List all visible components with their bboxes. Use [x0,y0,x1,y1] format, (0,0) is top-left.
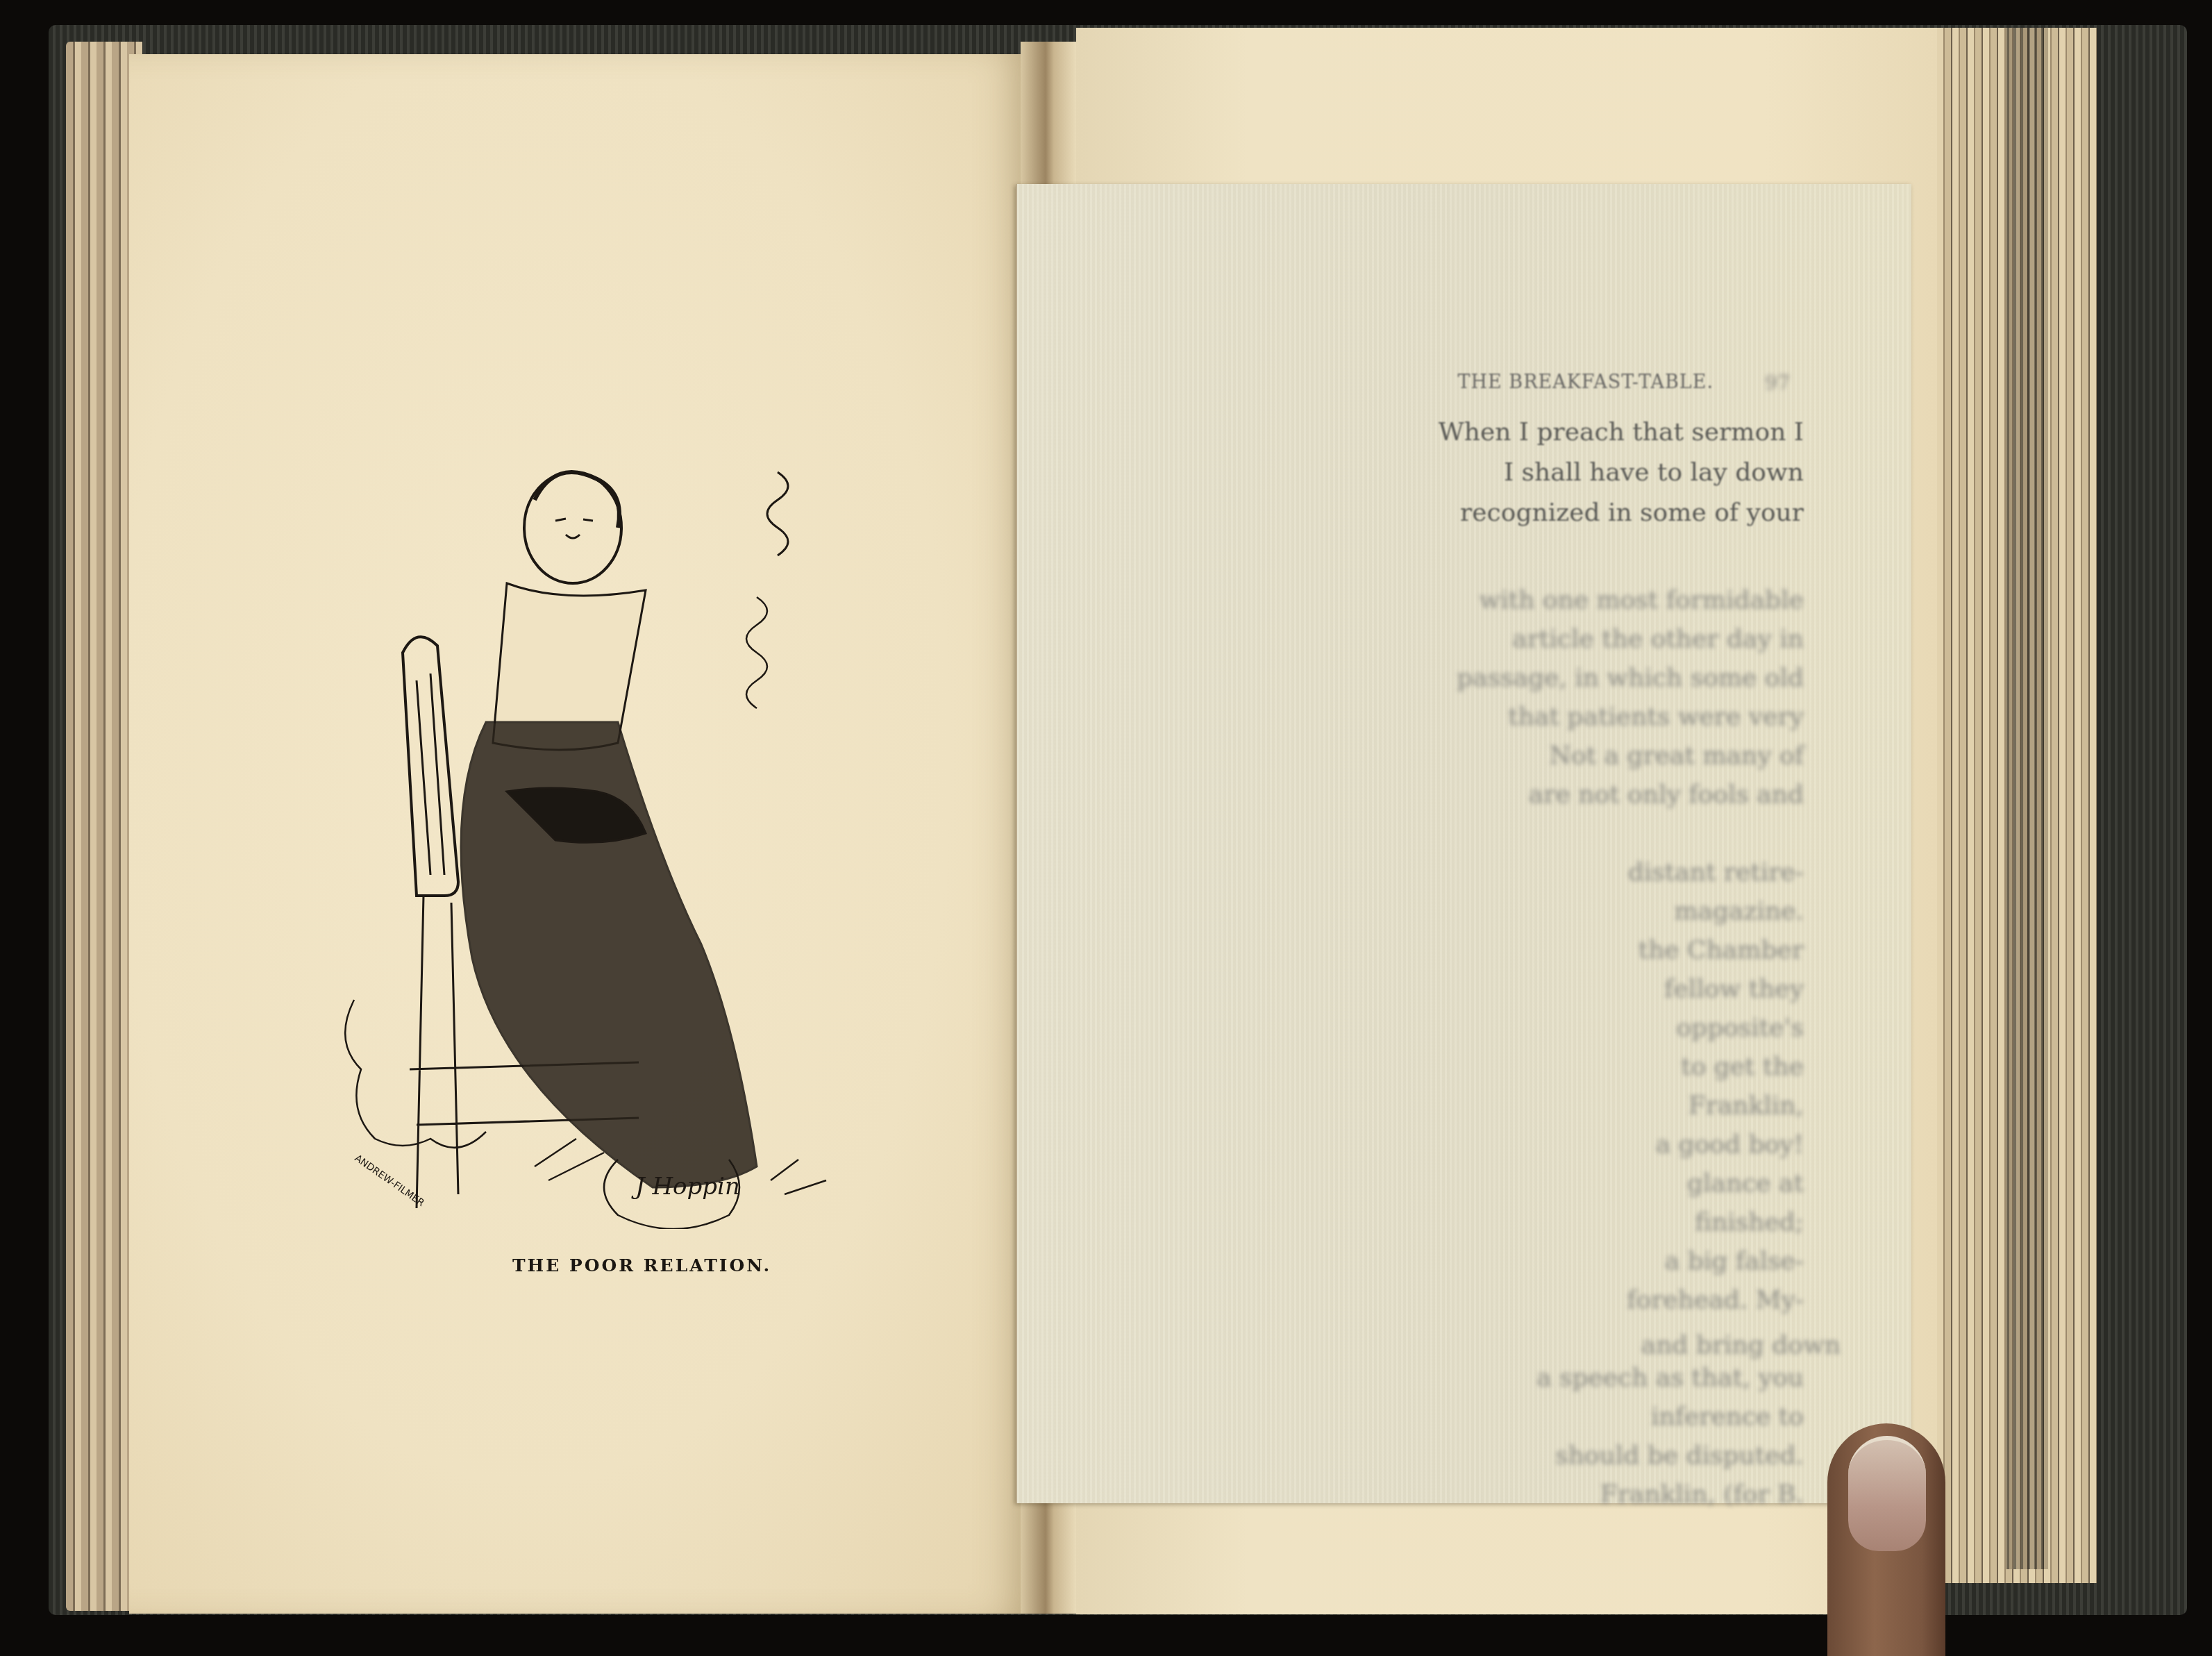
text-line: that patients were very [1508,698,1804,737]
text-line: to get the [1681,1048,1804,1087]
text-line: finished; [1695,1203,1804,1242]
illustration-caption: THE POOR RELATION. [512,1255,771,1276]
text-line: glance at [1687,1164,1804,1203]
page-number: 97 [1765,371,1790,394]
artist-signature: J Hoppin [631,1173,740,1201]
text-line: are not only fools and [1529,776,1804,814]
text-line: opposite's [1676,1009,1804,1048]
text-line: with one most formidable [1480,581,1804,620]
text-line: the Chamber [1639,931,1804,970]
text-line: I shall have to lay down [1504,453,1804,492]
tissue-guard-sheet[interactable]: THE BREAKFAST-TABLE. 97 When I preach th… [1016,184,1911,1503]
right-cover-edge [2006,28,2048,1569]
text-line: recognized in some of your [1460,494,1804,533]
text-line: fellow they [1664,970,1804,1009]
text-line: When I preach that sermon I [1439,413,1804,452]
running-head: THE BREAKFAST-TABLE. [1457,371,1714,393]
engraver-signature: ANDREW-FILMER [353,1153,426,1209]
text-line: Not a great many of [1550,737,1804,776]
text-line: and bring down [1641,1326,1841,1365]
text-line: distant retire- [1628,853,1804,892]
poor-relation-illustration: J Hoppin ANDREW-FILMER [326,444,882,1229]
text-line: passage, in which some old [1457,659,1804,698]
text-line: forehead. My- [1627,1281,1804,1320]
text-line: a big false- [1665,1242,1804,1281]
thumbnail [1848,1436,1926,1551]
text-line: a good boy! [1656,1126,1804,1164]
text-line: should be disputed. [1555,1437,1804,1475]
left-page: J Hoppin ANDREW-FILMER [129,54,1025,1614]
text-line: magazine. [1674,892,1804,931]
text-line: Franklin, (for B. [1600,1475,1804,1514]
text-line: Franklin, [1689,1087,1804,1126]
text-line: article the other day in [1512,620,1804,659]
text-line: inference to [1651,1398,1804,1437]
